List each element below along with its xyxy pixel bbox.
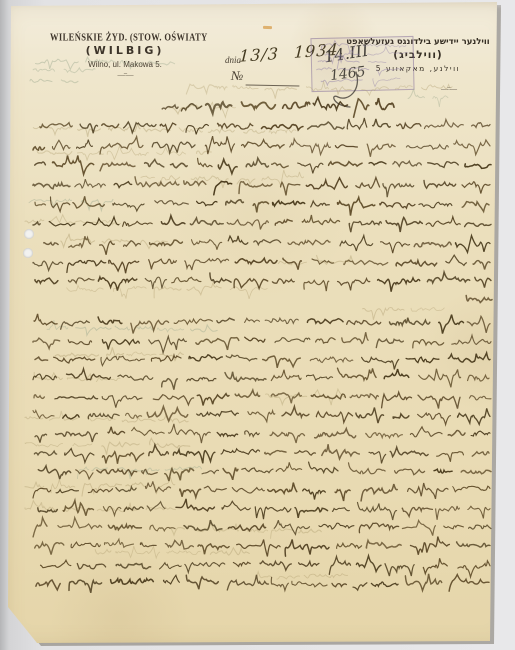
paper-sheet — [0, 0, 515, 650]
hole-punch — [24, 229, 34, 239]
org-abbrev-polish: (WILBIG) — [50, 44, 200, 57]
org-name-polish: WILEŃSKIE ŻYD. (STOW. OŚWIATY — [50, 31, 200, 43]
orange-mark — [263, 26, 272, 29]
date-day-month: 13/3 — [239, 44, 280, 66]
ornament-right: —=— — [441, 85, 456, 93]
ornament-left: —=— — [50, 71, 200, 79]
letterhead-polish: WILEŃSKIE ŻYD. (STOW. OŚWIATY (WILBIG) W… — [50, 31, 200, 79]
hole-punch — [23, 248, 33, 258]
org-address-polish: Wilno, ul. Makowa 5. — [50, 60, 200, 69]
number-label: № — [231, 68, 243, 84]
scanned-letter: WILEŃSKIE ŻYD. (STOW. OŚWIATY (WILBIG) W… — [0, 0, 515, 650]
